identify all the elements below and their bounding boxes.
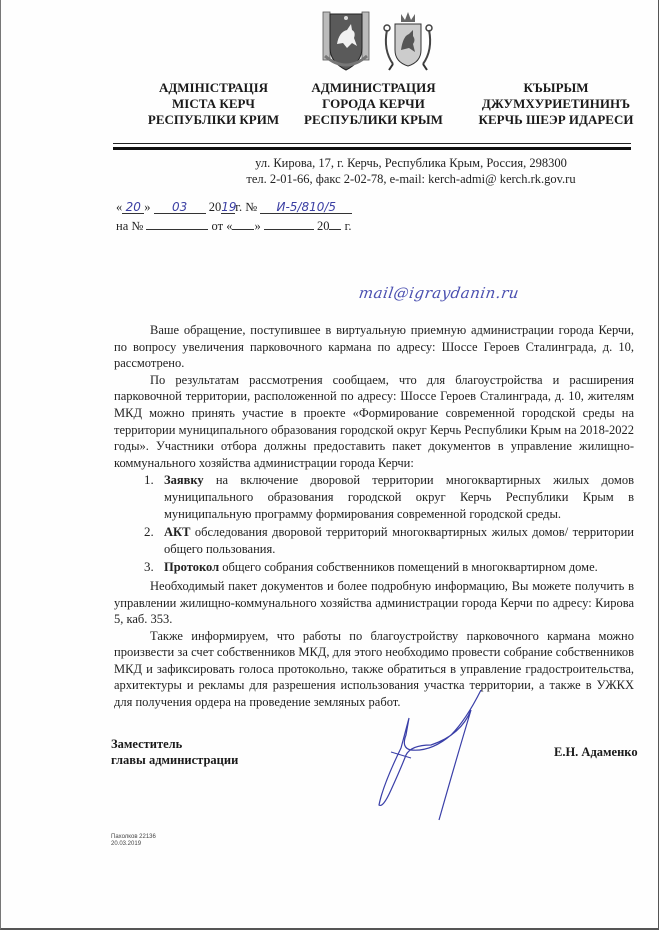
letter-page: АДМІНІСТРАЦІЯ МІСТА КЕРЧ РЕСПУБЛІКИ КРИМ… <box>0 0 659 930</box>
list-item: 2.АКТ обследования дворовой территорий м… <box>114 524 634 557</box>
title-ukrainian: АДМІНІСТРАЦІЯ МІСТА КЕРЧ РЕСПУБЛІКИ КРИМ <box>141 80 286 128</box>
header-divider-thick <box>113 147 631 150</box>
registration-line: «20» 03 2019г. № И-5/810/5 <box>116 200 352 215</box>
reply-to-line: на № от «» 20 г. <box>116 216 351 234</box>
letterhead-address: ул. Кирова, 17, г. Керчь, Республика Кры… <box>201 155 621 187</box>
paragraph-2: По результатам рассмотрения сообщаем, чт… <box>114 372 634 472</box>
handwritten-signature-icon <box>371 690 501 835</box>
handwritten-email: mail@igraydanin.ru <box>358 284 521 302</box>
list-item: 3.Протокол общего собрания собственников… <box>114 559 634 576</box>
header-divider-thin <box>113 143 631 144</box>
header-crests <box>319 10 439 80</box>
reg-day: 20 <box>126 200 141 214</box>
crimea-coat-of-arms-icon <box>321 10 371 72</box>
paragraph-1: Ваше обращение, поступившее в виртуальну… <box>114 322 634 372</box>
title-crimean-tatar: КЪЫРЫМ ДЖУМХУРИЕТИНИНЪ КЕРЧЬ ШЕЭР ИДАРЕС… <box>466 80 646 128</box>
letter-body: Ваше обращение, поступившее в виртуальну… <box>114 322 634 711</box>
reg-month: 03 <box>172 200 187 214</box>
title-russian: АДМИНИСТРАЦИЯ ГОРОДА КЕРЧИ РЕСПУБЛИКИ КР… <box>301 80 446 128</box>
signatory-name: Е.Н. Адаменко <box>554 745 638 760</box>
kerch-coat-of-arms-icon <box>379 10 437 72</box>
list-item: 1.Заявку на включение дворовой территори… <box>114 472 634 522</box>
required-documents-list: 1.Заявку на включение дворовой территори… <box>114 472 634 576</box>
executor-note: Пахолков 22136 20.03.2019 <box>111 834 156 848</box>
paragraph-3: Необходимый пакет документов и более под… <box>114 578 634 628</box>
signatory-title: Заместитель главы администрации <box>111 736 238 768</box>
reg-number: И-5/810/5 <box>276 200 336 214</box>
